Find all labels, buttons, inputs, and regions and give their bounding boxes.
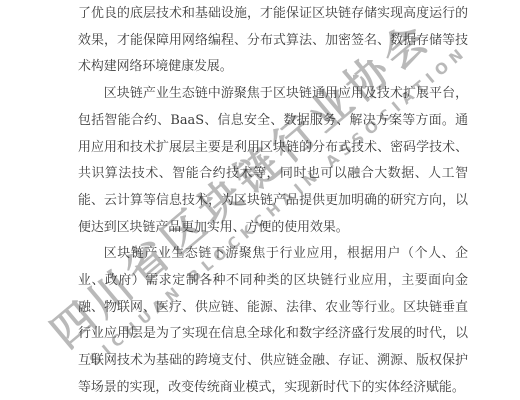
paragraph-continuation: 了优良的底层技术和基础设施，才能保证区块链存储实现高度运行的效果，才能保障用网络… [78, 1, 468, 81]
document-page: 四川省区块链行业协会 SICHUAN BLOCKCHAIN ASSOCIATIO… [0, 0, 520, 400]
paragraph-downstream: 区块链产业生态链下游聚焦于行业应用，根据用户（个人、企业、政府）需求定制各种不同… [78, 241, 468, 400]
document-content: 了优良的底层技术和基础设施，才能保证区块链存储实现高度运行的效果，才能保障用网络… [78, 0, 468, 400]
paragraph-midstream: 区块链产业生态链中游聚焦于区块链通用应用及技术扩展平台，包括智能合约、BaaS、… [78, 81, 468, 241]
